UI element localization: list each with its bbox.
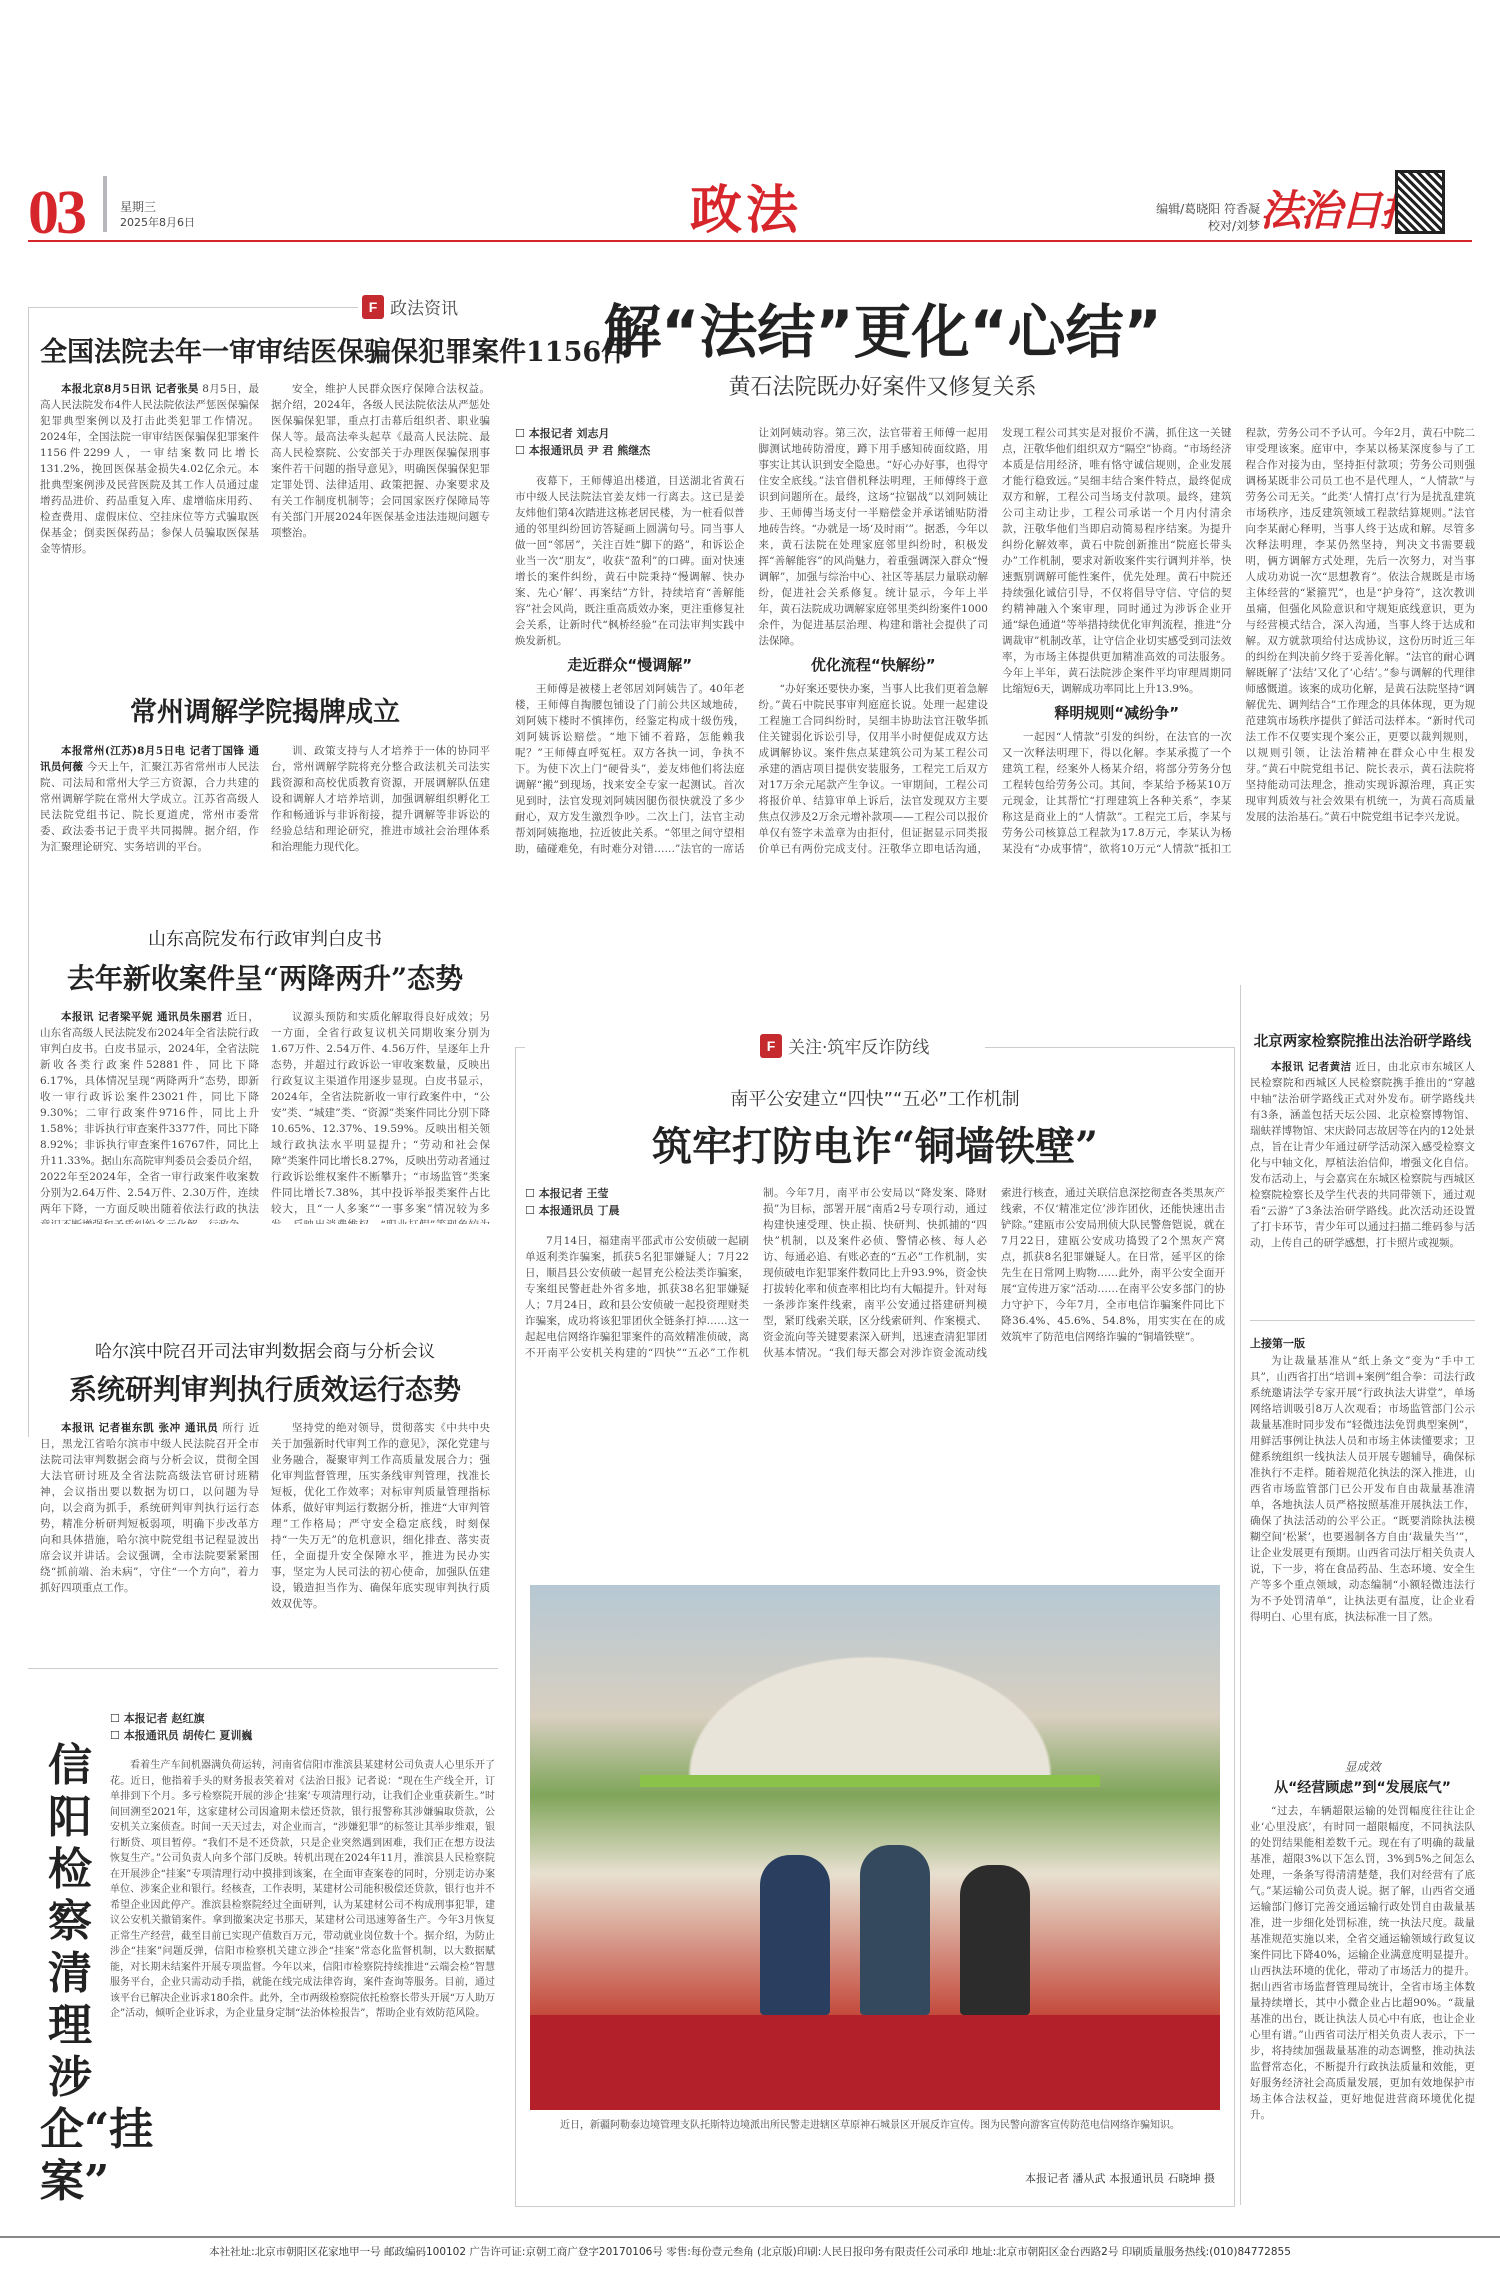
subsection-title: 从“经营顾虑”到“发展底气” [1250,1777,1475,1797]
officer-figure [760,1855,830,2015]
dateline: 本报讯 记者崔东凯 张冲 通讯员 [61,1422,218,1434]
reporter: 本报记者 王莹 [539,1187,609,1200]
tourist-figure [960,1865,1030,2015]
correspondent: 本报通讯员 丁晨 [539,1204,620,1217]
body-text: 今天上午，汇聚江苏省常州市人民法院、司法局和常州大学三方资源，合力共建的常州调解… [40,761,259,853]
divider [1250,1320,1475,1321]
divider [28,1668,498,1669]
dateline: 本报讯 记者梁平妮 通讯员朱丽君 [61,1011,223,1023]
tag-label: 政法资讯 [390,294,458,319]
feature-body: ☐ 本报记者 刘志月 ☐ 本报通讯员 尹 君 熊继杰 夜幕下，王师傅追出楼道，目… [515,425,1475,980]
body-text: 近日，由北京市东城区人民检察院和西城区人民检察院携手推出的“穿越中轴”法治研学路… [1250,1061,1475,1249]
editor-credits: 编辑/葛晓阳 符香凝 校对/刘梦 [1110,200,1260,234]
headline: 去年新收案件呈“两降两升”态势 [40,957,490,997]
article-col: “过去，车辆超限运输的处罚幅度往往让企业‘心里没底’，有时同一超限幅度，不同执法… [1250,1803,1475,2183]
antifraud-headline: 筑牢打防电诈“铜墙铁壁” [515,1115,1235,1172]
article-changzhou: 常州调解学院揭牌成立 本报常州(江苏)8月5日电 记者丁国锋 通讯员何薇 今天上… [40,690,490,863]
dateline: 本报讯 记者黄洁 [1271,1061,1352,1073]
article-col: 本报北京8月5日讯 记者张昊 8月5日，最高人民法院发布4件人民法院依法严惩医保… [40,381,259,601]
article-col: 安全，维护人民群众医疗保障合法权益。据介绍，2024年，各级人民法院依法从严惩处… [271,381,490,601]
headline: 常州调解学院揭牌成立 [40,690,490,729]
body-text: 训、政策支持与人才培养于一体的协同平台，常州调解学院将充分整合政法机关司法实践资… [271,743,490,855]
antifraud-body: ☐ 本报记者 王莹 ☐ 本报通讯员 丁晨 7月14日，福建南平邵武市公安侦破一起… [525,1185,1225,1570]
editors: 编辑/葛晓阳 符香凝 [1110,200,1260,217]
correspondent: 本报通讯员 尹 君 熊继杰 [529,444,651,457]
subheading: 释明规则“减纷争” [1002,705,1232,721]
article-beijing: 北京两家检察院推出法治研学路线 本报讯 记者黄洁 近日，由北京市东城区人民检察院… [1250,1030,1475,1299]
proofreader: 校对/刘梦 [1110,217,1260,234]
body-text: 坚持党的绝对领导，贯彻落实《中共中央关于加强新时代审判工作的意见》，深化党建与业… [271,1420,490,1612]
dateline: 本报北京8月5日讯 记者张昊 [61,383,199,395]
article-continued: 上接第一版 为让裁量基准从“纸上条文”变为“手中工具”，山西省打出“培训+案例”… [1250,1335,1475,2183]
byline: ☐ 本报记者 刘志月 ☐ 本报通讯员 尹 君 熊继杰 [515,425,745,459]
article-col: 看着生产车间机器满负荷运转，河南省信阳市淮滨县某建材公司负责人心里乐开了花。近日… [110,1758,495,2218]
article-body: ☐ 本报记者 赵红旗 ☐ 本报通讯员 胡传仁 夏训巍 看着生产车间机器满负荷运转… [110,1710,495,2218]
subheading: 优化流程“快解纷” [759,657,989,673]
byline: ☐ 本报记者 王莹 ☐ 本报通讯员 丁晨 [525,1185,749,1219]
body-text: 夜幕下，王师傅追出楼道，目送湖北省黄石市中级人民法院法官姜友炜一行离去。这已是姜… [515,473,745,649]
officer-figure [860,1845,930,2015]
qr-code-icon[interactable] [1395,170,1445,234]
divider [985,1047,1235,1048]
subheading: 走近群众“慢调解” [515,657,745,673]
headline: 全国法院去年一审审结医保骗保犯罪案件1156件 [40,330,490,369]
red-tablecloth [530,2015,1220,2110]
article-col: 本报讯 记者崔东凯 张冲 通讯员 所行 近日，黑龙江省哈尔滨市中级人民法院召开全… [40,1420,259,1655]
body-text: 8月5日，最高人民法院发布4件人民法院依法严惩医保骗保犯罪典型案例以及打击此类犯… [40,383,259,555]
body-text: 为让裁量基准从“纸上条文”变为“手中工具”，山西省打出“培训+案例”组合拳：司法… [1250,1353,1475,1625]
issue-date: 2025年8月6日 [120,214,195,230]
article-col: 本报讯 记者黄洁 近日，由北京市东城区人民检察院和西城区人民检察院携手推出的“穿… [1250,1059,1475,1299]
body-text: 近日，山东省高级人民法院发布2024年全省法院行政审判白皮书。白皮书显示，202… [40,1011,259,1224]
article-medical-fraud: 全国法院去年一审审结医保骗保犯罪案件1156件 本报北京8月5日讯 记者张昊 8… [40,330,490,601]
article-shandong: 山东高院发布行政审判白皮书 去年新收案件呈“两降两升”态势 本报讯 记者梁平妮 … [40,925,490,1224]
byline: ☐ 本报记者 赵红旗 ☐ 本报通讯员 胡传仁 夏训巍 [110,1710,495,1744]
article-col: 议源头预防和实质化解取得良好成效；另一方面，全省行政复议机关同期收案分别为1.6… [271,1009,490,1224]
section-title: 政法 [690,168,802,243]
page-number: 03 [28,178,84,249]
feature-subheadline: 黄石法院既办好案件又修复关系 [515,370,1250,401]
body-text: 看着生产车间机器满负荷运转，河南省信阳市淮滨县某建材公司负责人心里乐开了花。近日… [110,1758,495,2022]
divider [28,307,358,308]
article-col: 为让裁量基准从“纸上条文”变为“手中工具”，山西省打出“培训+案例”组合拳：司法… [1250,1353,1475,1748]
subsection-kicker: 显成效 [1250,1758,1475,1775]
antifraud-kicker: 南平公安建立“四快”“五必”工作机制 [515,1085,1235,1111]
body-text: “过去，车辆超限运输的处罚幅度往往让企业‘心里没底’，有时同一超限幅度，不同执法… [1250,1803,1475,2123]
headline: 北京两家检察院推出法治研学路线 [1250,1030,1475,1051]
footer-imprint: 本社社址:北京市朝阳区花家地甲一号 邮政编码100102 广告许可证:京朝工商广… [0,2236,1500,2259]
photo-credit: 本报记者 潘从武 本报通讯员 石晓坤 摄 [895,2170,1215,2186]
header-rule [28,240,1472,242]
reporter: 本报记者 刘志月 [529,427,610,440]
divider [28,307,29,1437]
article-harbin: 哈尔滨中院召开司法审判数据会商与分析会议 系统研判审判执行质效运行态势 本报讯 … [40,1337,490,1655]
kicker: 山东高院发布行政审判白皮书 [40,925,490,951]
news-photo [530,1585,1220,2110]
f-logo-icon: F [362,295,384,319]
continued-label: 上接第一版 [1250,1335,1475,1351]
vertical-headline: 信阳检察清理涉企“挂案” [40,1740,100,2208]
body-text: 所行 近日，黑龙江省哈尔滨市中级人民法院召开全市法院司法审判数据会商与分析会议，… [40,1422,259,1594]
news-brief-tag: F 政法资讯 [362,294,458,319]
photo-caption: 近日，新疆阿勒泰边境管理支队托斯特边境派出所民警走进辖区草原神石城景区开展反诈宣… [540,2118,1210,2133]
article-col: 坚持党的绝对领导，贯彻落实《中共中央关于加强新时代审判工作的意见》，深化党建与业… [271,1420,490,1655]
weekday: 星期三 [120,198,156,215]
kicker: 哈尔滨中院召开司法审判数据会商与分析会议 [40,1337,490,1362]
reporter: 本报记者 赵红旗 [124,1712,205,1725]
article-col: 本报讯 记者梁平妮 通讯员朱丽君 近日，山东省高级人民法院发布2024年全省法院… [40,1009,259,1224]
table-edge [640,1775,1100,1787]
feature-headline: 解“法结”更化“心结” [515,285,1250,369]
body-text: 安全，维护人民群众医疗保障合法权益。据介绍，2024年，各级人民法院依法从严惩处… [271,381,490,541]
body-text: 议源头预防和实质化解取得良好成效；另一方面，全省行政复议机关同期收案分别为1.6… [271,1009,490,1224]
yurt-canopy [640,1625,1100,1775]
article-col: 本报常州(江苏)8月5日电 记者丁国锋 通讯员何薇 今天上午，汇聚江苏省常州市人… [40,743,259,863]
correspondent: 本报通讯员 胡传仁 夏训巍 [124,1729,253,1742]
article-xinyang: 信阳检察清理涉企“挂案” ☐ 本报记者 赵红旗 ☐ 本报通讯员 胡传仁 夏训巍 … [30,1710,500,2220]
divider [1240,985,1241,2205]
headline: 系统研判审判执行质效运行态势 [40,1368,490,1408]
page-number-divider [103,176,107,232]
article-col: 训、政策支持与人才培养于一体的协同平台，常州调解学院将充分整合政法机关司法实践资… [271,743,490,863]
